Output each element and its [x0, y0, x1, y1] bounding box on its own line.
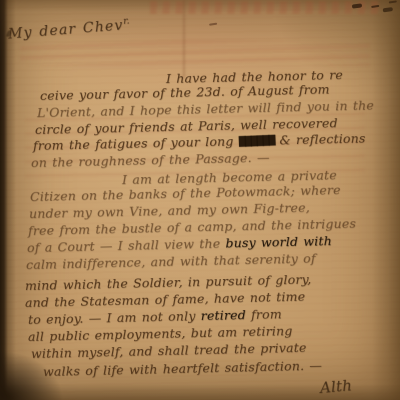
line-text: & reflections	[274, 130, 366, 147]
retouched-words: retired	[201, 307, 247, 323]
paper-crease	[183, 0, 185, 78]
line-text: from	[246, 306, 282, 322]
retouched-words: busy world with	[225, 233, 332, 250]
inked-out-word: ██████	[238, 134, 274, 149]
manuscript-letter-photo: My dear Chevr. I have had the honor to r…	[0, 0, 400, 400]
cut-off-word: Alth	[319, 378, 352, 395]
salutation-superscript: r.	[123, 16, 130, 26]
